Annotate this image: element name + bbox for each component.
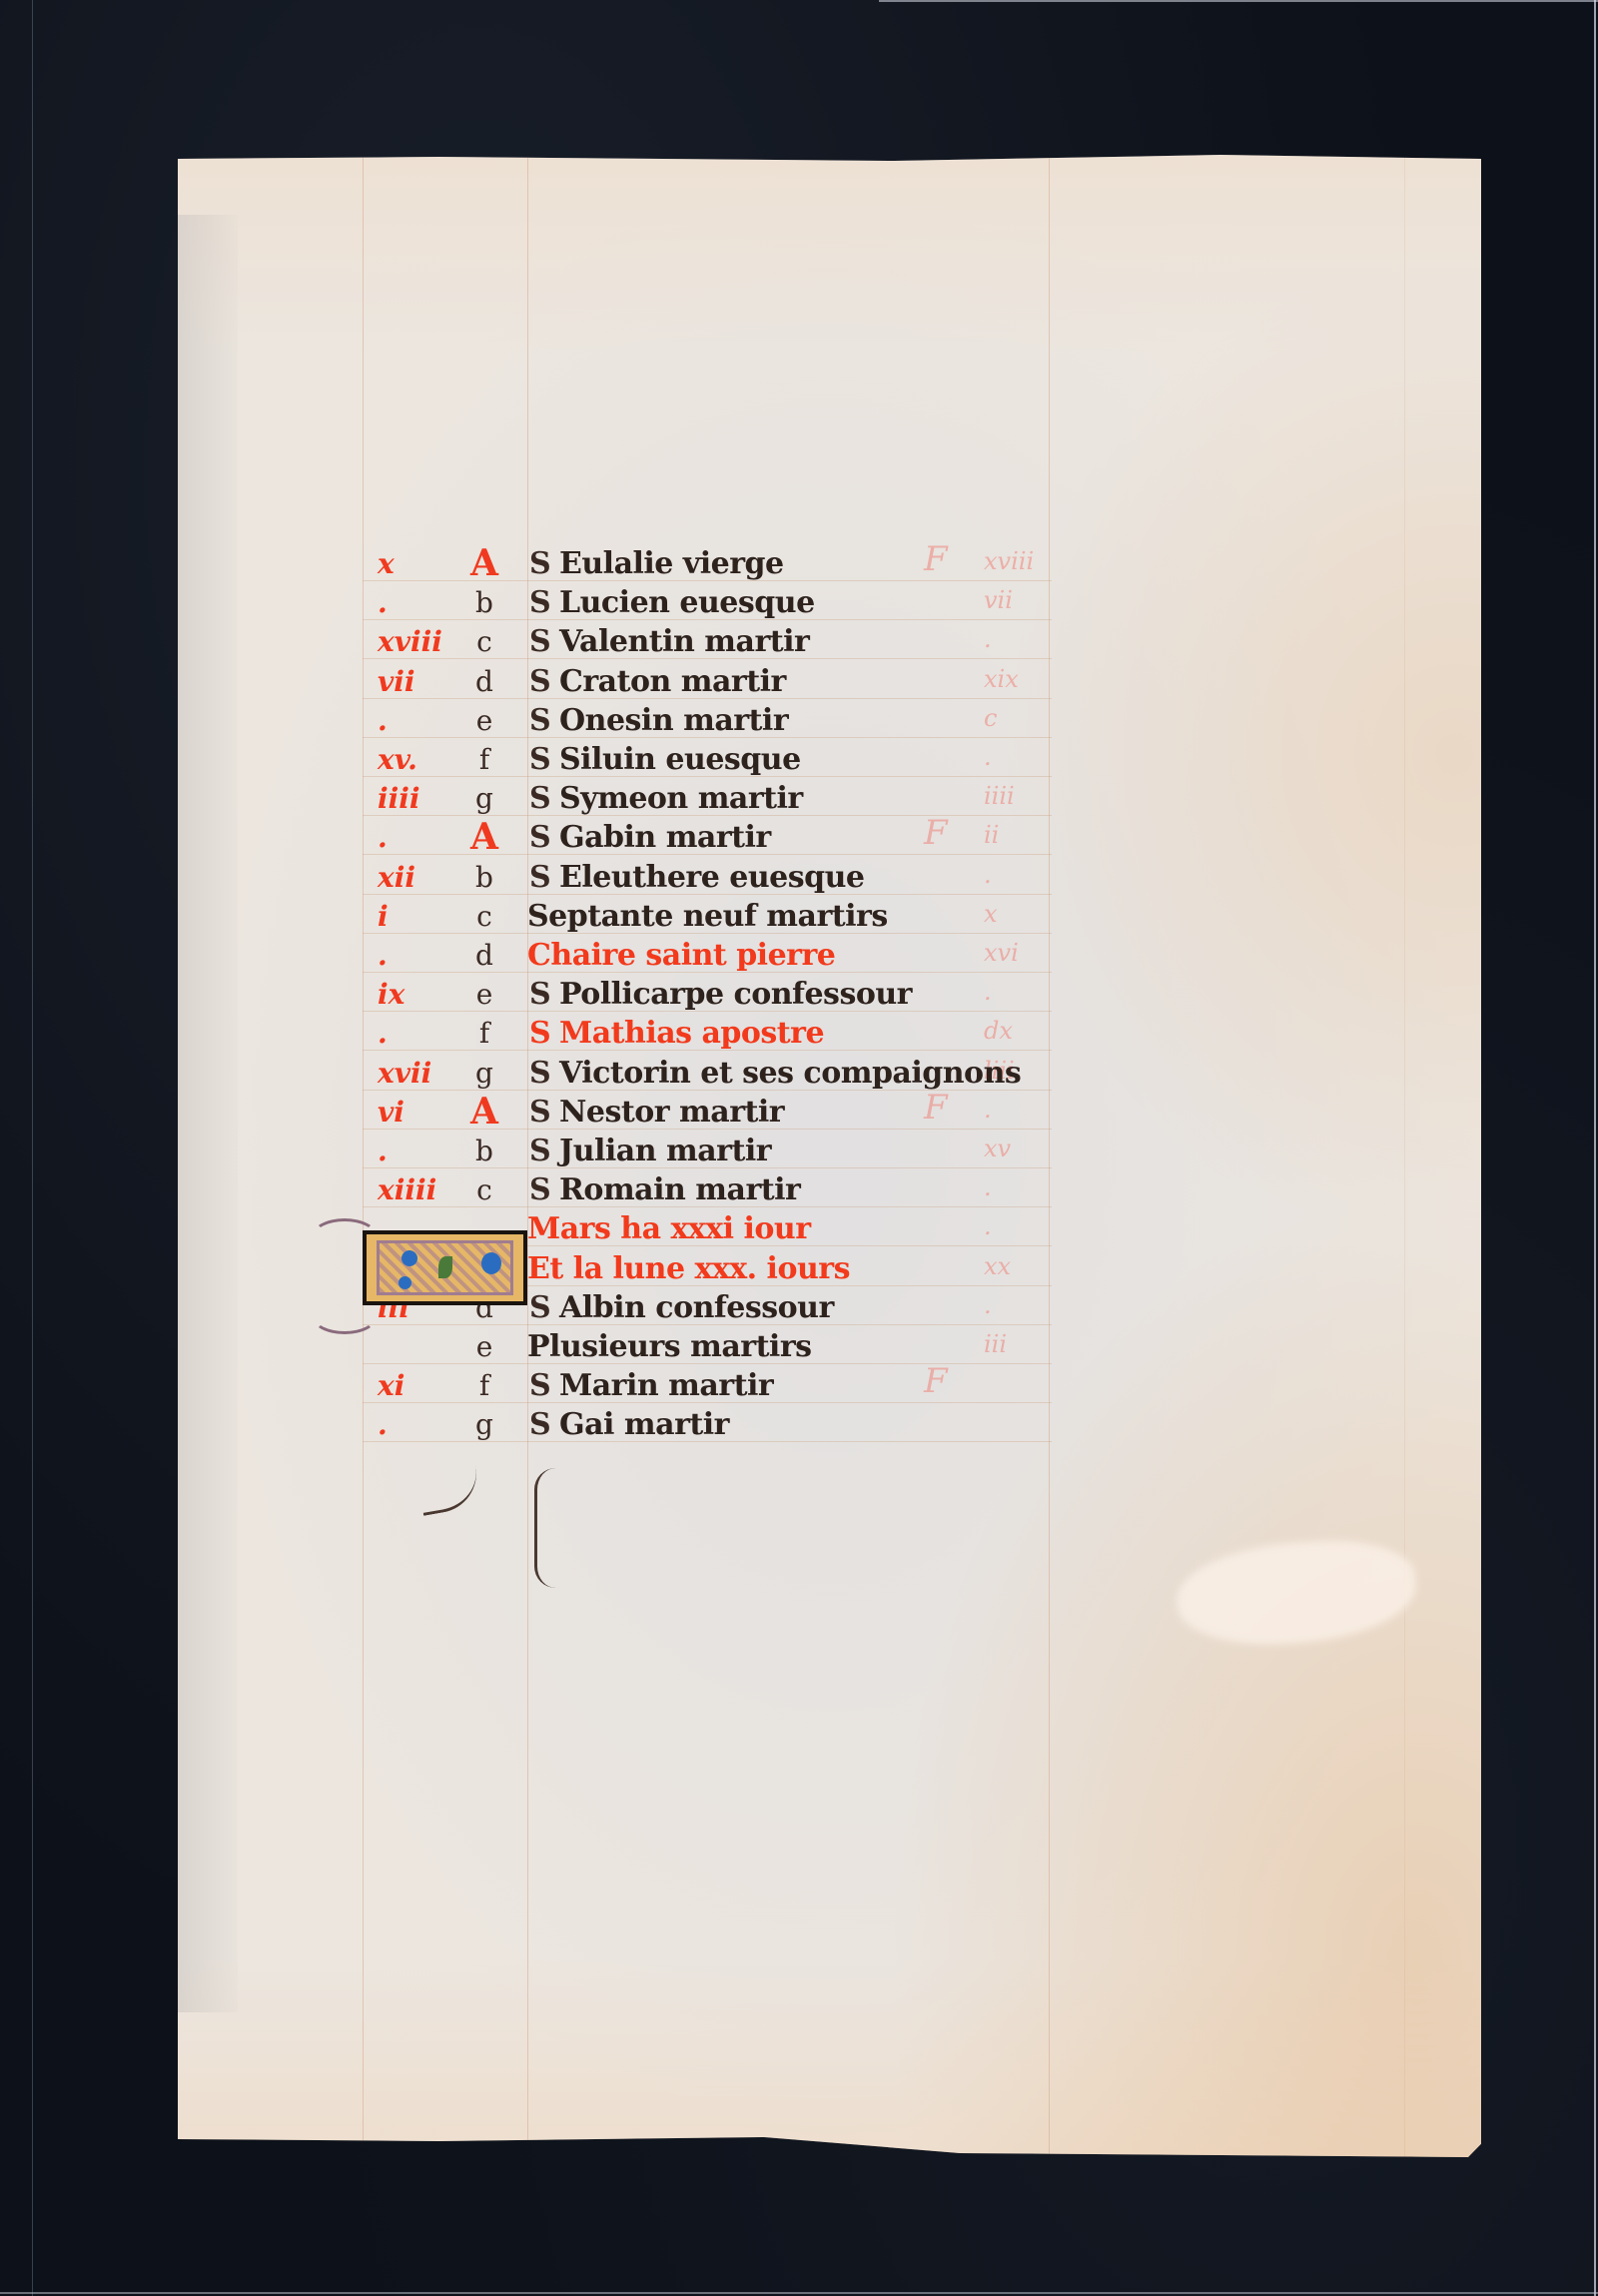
show-through-letter: F	[924, 813, 948, 853]
saint-abbreviation: S	[529, 818, 551, 857]
dominical-letter: g	[469, 1405, 499, 1444]
show-through-letter: F	[924, 1361, 948, 1401]
dominical-letter: g	[469, 1054, 499, 1093]
saint-abbreviation: S	[529, 1132, 551, 1170]
feast-name: Pollicarpe confessour	[559, 975, 912, 1014]
left-margin-discoloration	[178, 215, 238, 2012]
show-through-numeral: xx	[984, 1252, 1011, 1280]
show-through-numeral: xviii	[984, 547, 1034, 575]
frame-line-right	[1594, 0, 1596, 2296]
show-through-numeral: x	[984, 900, 998, 928]
blue-flower-icon	[401, 1250, 417, 1266]
saint-abbreviation: S	[529, 1288, 551, 1327]
water-stain	[1174, 1535, 1419, 1651]
feast-name: Septante neuf martirs	[527, 897, 888, 936]
show-through-numeral: .	[984, 743, 992, 771]
show-through-numeral: c	[984, 704, 997, 732]
golden-number: .	[378, 818, 447, 857]
golden-number: xiiii	[378, 1170, 447, 1209]
feast-name: Craton martir	[559, 662, 786, 701]
feast-name: Gabin martir	[559, 818, 771, 857]
ruling-vertical	[1404, 155, 1405, 2157]
dominical-letter: c	[469, 897, 499, 936]
dominical-letter: e	[469, 701, 499, 740]
saint-abbreviation: S	[529, 740, 551, 779]
offset-stain	[1506, 1413, 1598, 1483]
golden-number: .	[378, 1132, 447, 1170]
golden-number: xvii	[378, 1054, 447, 1093]
green-leaf-icon	[438, 1256, 452, 1278]
ruling-vertical	[363, 155, 364, 2157]
dominical-letter: A	[469, 544, 499, 583]
feast-name: Eleuthere euesque	[559, 858, 865, 897]
show-through-numeral: .	[984, 978, 992, 1006]
saint-abbreviation: S	[529, 583, 551, 622]
feast-name: Valentin martir	[559, 622, 809, 661]
dominical-letter: e	[469, 1327, 499, 1366]
saint-abbreviation: S	[529, 662, 551, 701]
feast-name: Albin confessour	[559, 1288, 834, 1327]
show-through-numeral: ii	[984, 821, 999, 849]
show-through-numeral: .	[984, 1173, 992, 1201]
dominical-letter: c	[469, 1170, 499, 1209]
saint-abbreviation: S	[529, 1405, 551, 1444]
feast-name: Mars ha xxxi iour	[527, 1209, 811, 1248]
blue-flower-icon	[481, 1252, 501, 1274]
feast-name: Marin martir	[559, 1366, 773, 1405]
saint-abbreviation: S	[529, 1366, 551, 1405]
feast-name: Julian martir	[559, 1132, 771, 1170]
golden-number: xii	[378, 858, 447, 897]
golden-number: .	[378, 583, 447, 622]
dominical-letter: d	[469, 936, 499, 975]
dominical-letter: d	[469, 662, 499, 701]
dominical-letter: g	[469, 779, 499, 818]
golden-number: vii	[378, 662, 447, 701]
saint-abbreviation: S	[529, 858, 551, 897]
show-through-numeral: .	[984, 1096, 992, 1124]
show-through-letter: F	[924, 1088, 948, 1128]
ruling-vertical	[527, 155, 528, 2157]
initial-flourish	[312, 1298, 378, 1334]
saint-abbreviation: S	[529, 1054, 551, 1093]
initial-flourish	[312, 1218, 378, 1254]
saint-abbreviation: S	[529, 544, 551, 583]
feast-name: Onesin martir	[559, 701, 788, 740]
golden-number: .	[378, 1405, 447, 1444]
manuscript-leaf	[178, 155, 1481, 2157]
frame-line-left	[32, 0, 33, 2296]
golden-number: vi	[378, 1093, 447, 1132]
feast-name: Et la lune xxx. iours	[527, 1249, 850, 1288]
golden-number: xviii	[378, 622, 447, 661]
show-through-numeral: xix	[984, 665, 1019, 693]
dominical-letter: c	[469, 622, 499, 661]
feast-name: Chaire saint pierre	[527, 936, 835, 975]
dominical-letter: A	[469, 1093, 499, 1132]
golden-number: i	[378, 897, 447, 936]
show-through-numeral: xv	[984, 1135, 1011, 1162]
saint-abbreviation: S	[529, 779, 551, 818]
frame-line-top	[879, 0, 1598, 2]
show-through-numeral: .	[984, 1291, 992, 1319]
show-through-numeral: .	[984, 625, 992, 653]
dominical-letter: A	[469, 818, 499, 857]
feast-name: Mathias apostre	[559, 1014, 824, 1053]
dominical-letter: b	[469, 1132, 499, 1170]
golden-number: xi	[378, 1366, 447, 1405]
saint-abbreviation: S	[529, 975, 551, 1014]
saint-abbreviation: S	[529, 622, 551, 661]
saint-abbreviation: S	[529, 1093, 551, 1132]
feast-name: Symeon martir	[559, 779, 803, 818]
show-through-numeral: dx	[984, 1017, 1013, 1045]
dominical-letter: b	[469, 858, 499, 897]
feast-name: Romain martir	[559, 1170, 800, 1209]
dominical-letter: f	[469, 1014, 499, 1053]
dominical-letter: e	[469, 975, 499, 1014]
feast-name: Siluin euesque	[559, 740, 801, 779]
illuminated-initial	[363, 1230, 527, 1305]
saint-abbreviation: S	[529, 1170, 551, 1209]
blue-flower-icon	[399, 1276, 411, 1289]
golden-number: ix	[378, 975, 447, 1014]
show-through-letter: F	[924, 539, 948, 579]
show-through-numeral: xvi	[984, 939, 1019, 967]
golden-number: xv.	[378, 740, 447, 779]
feast-name: Eulalie vierge	[559, 544, 784, 583]
show-through-numeral: iiii	[984, 782, 1015, 810]
feast-name: Lucien euesque	[559, 583, 815, 622]
frame-line-bottom	[0, 2292, 1598, 2294]
ruling-vertical	[1049, 155, 1050, 2157]
feast-name: Plusieurs martirs	[527, 1327, 812, 1366]
show-through-numeral: .	[984, 861, 992, 889]
dominical-letter: f	[469, 740, 499, 779]
show-through-numeral: .	[984, 1212, 992, 1240]
show-through-numeral: iii	[984, 1330, 1007, 1358]
golden-number: .	[378, 936, 447, 975]
golden-number: iiii	[378, 779, 447, 818]
golden-number: x	[378, 544, 447, 583]
golden-number: .	[378, 701, 447, 740]
golden-number: .	[378, 1014, 447, 1053]
saint-abbreviation: S	[529, 1014, 551, 1053]
feast-name: Victorin et ses compaignons	[559, 1054, 1021, 1093]
feast-name: Gai martir	[559, 1405, 729, 1444]
show-through-numeral: vii	[984, 586, 1013, 614]
dominical-letter: f	[469, 1366, 499, 1405]
dominical-letter: b	[469, 583, 499, 622]
pen-flourish	[534, 1468, 577, 1588]
saint-abbreviation: S	[529, 701, 551, 740]
feast-name: Nestor martir	[559, 1093, 784, 1132]
